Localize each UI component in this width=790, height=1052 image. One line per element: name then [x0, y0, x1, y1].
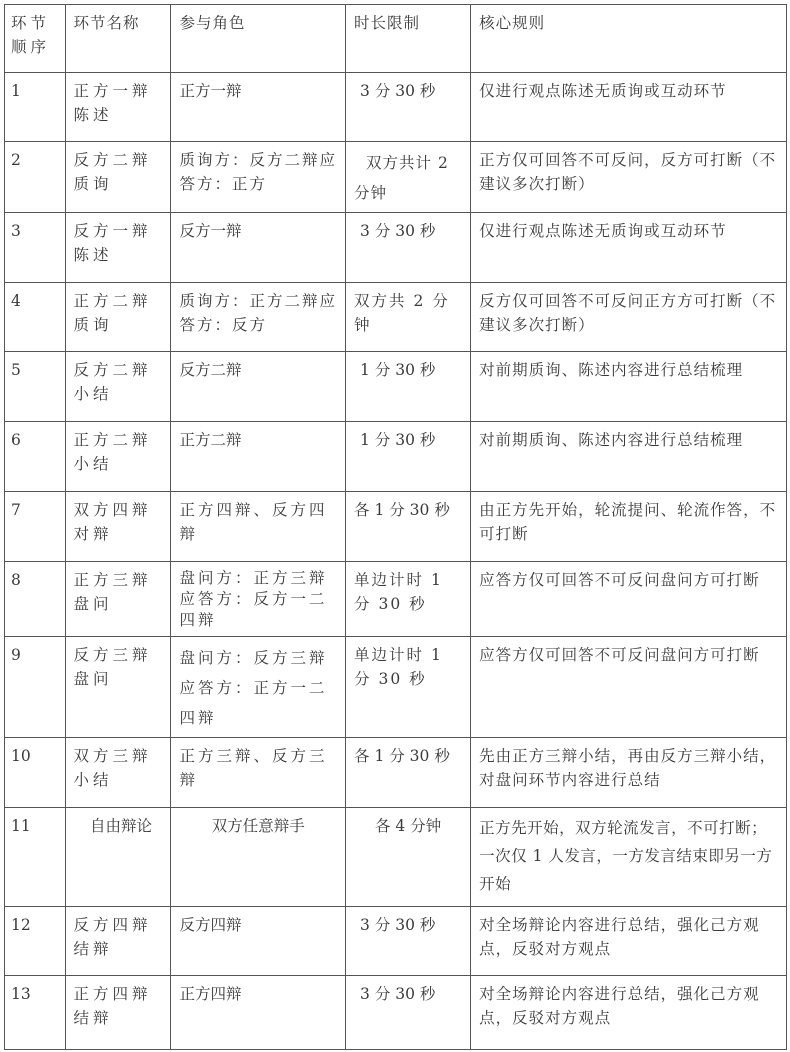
- cell-time: 1 分 30 秒: [346, 422, 471, 492]
- cell-time: 各 4 分钟: [346, 808, 471, 907]
- cell-role: 反方四辩: [171, 907, 346, 976]
- header-order: 环节顺序: [5, 5, 66, 73]
- cell-time: 3 分 30 秒: [346, 907, 471, 976]
- cell-name: 正方三辩盘问: [65, 562, 171, 637]
- cell-name: 自由辩论: [65, 808, 171, 907]
- cell-role: 双方任意辩手: [171, 808, 346, 907]
- cell-time: 3 分 30 秒: [346, 73, 471, 142]
- cell-role: 反方一辩: [171, 213, 346, 283]
- cell-order: 6: [5, 422, 66, 492]
- cell-time: 双方共 2 分钟: [346, 283, 471, 352]
- cell-name: 反方三辩盘问: [65, 637, 171, 738]
- table-row: 11 自由辩论 双方任意辩手 各 4 分钟 正方先开始，双方轮流发言，不可打断；…: [5, 808, 787, 907]
- cell-role: 正方二辩: [171, 422, 346, 492]
- cell-order: 3: [5, 213, 66, 283]
- header-time: 时长限制: [346, 5, 471, 73]
- cell-order: 13: [5, 976, 66, 1050]
- cell-name: 正方二辩小结: [65, 422, 171, 492]
- cell-role: 正方一辩: [171, 73, 346, 142]
- cell-rule: 对前期质询、陈述内容进行总结梳理: [471, 422, 787, 492]
- cell-rule: 应答方仅可回答不可反问盘问方可打断: [471, 562, 787, 637]
- table-row: 4 正方二辩质询 质询方：正方二辩应答方：反方 双方共 2 分钟 反方仅可回答不…: [5, 283, 787, 352]
- cell-order: 1: [5, 73, 66, 142]
- table-row: 1 正方一辩陈述 正方一辩 3 分 30 秒 仅进行观点陈述无质询或互动环节: [5, 73, 787, 142]
- cell-time: 1 分 30 秒: [346, 352, 471, 422]
- cell-order: 12: [5, 907, 66, 976]
- cell-rule: 反方仅可回答不可反问正方方可打断（不建议多次打断）: [471, 283, 787, 352]
- cell-time: 各 1 分 30 秒: [346, 492, 471, 562]
- cell-order: 2: [5, 142, 66, 213]
- cell-rule: 正方仅可回答不可反问，反方可打断（不建议多次打断）: [471, 142, 787, 213]
- debate-schedule-table: 环节顺序 环节名称 参与角色 时长限制 核心规则 1 正方一辩陈述 正方一辩 3…: [4, 4, 787, 1050]
- cell-name: 正方四辩结辩: [65, 976, 171, 1050]
- cell-time: 3 分 30 秒: [346, 213, 471, 283]
- cell-time: 单边计时 1 分 30 秒: [346, 562, 471, 637]
- table-row: 8 正方三辩盘问 盘问方：正方三辩应答方：反方一二四辩 单边计时 1 分 30 …: [5, 562, 787, 637]
- cell-name: 正方一辩陈述: [65, 73, 171, 142]
- table-header-row: 环节顺序 环节名称 参与角色 时长限制 核心规则: [5, 5, 787, 73]
- cell-time: 双方共计 2 分钟: [346, 142, 471, 213]
- cell-role: 质询方：正方二辩应答方：反方: [171, 283, 346, 352]
- cell-name: 双方三辩小结: [65, 738, 171, 808]
- cell-order: 9: [5, 637, 66, 738]
- cell-rule: 先由正方三辩小结，再由反方三辩小结，对盘问环节内容进行总结: [471, 738, 787, 808]
- cell-order: 8: [5, 562, 66, 637]
- table-row: 13 正方四辩结辩 正方四辩 3 分 30 秒 对全场辩论内容进行总结，强化己方…: [5, 976, 787, 1050]
- table-row: 2 反方二辩质询 质询方：反方二辩应答方：正方 双方共计 2 分钟 正方仅可回答…: [5, 142, 787, 213]
- cell-role: 反方二辩: [171, 352, 346, 422]
- cell-rule: 仅进行观点陈述无质询或互动环节: [471, 73, 787, 142]
- cell-role: 正方三辩、反方三辩: [171, 738, 346, 808]
- header-name: 环节名称: [65, 5, 171, 73]
- cell-time: 单边计时 1 分 30 秒: [346, 637, 471, 738]
- cell-rule: 对全场辩论内容进行总结，强化己方观点，反驳对方观点: [471, 976, 787, 1050]
- cell-time: 各 1 分 30 秒: [346, 738, 471, 808]
- cell-name: 双方四辩对辩: [65, 492, 171, 562]
- cell-rule: 仅进行观点陈述无质询或互动环节: [471, 213, 787, 283]
- cell-name: 反方二辩小结: [65, 352, 171, 422]
- table-row: 6 正方二辩小结 正方二辩 1 分 30 秒 对前期质询、陈述内容进行总结梳理: [5, 422, 787, 492]
- table-row: 3 反方一辩陈述 反方一辩 3 分 30 秒 仅进行观点陈述无质询或互动环节: [5, 213, 787, 283]
- table-row: 5 反方二辩小结 反方二辩 1 分 30 秒 对前期质询、陈述内容进行总结梳理: [5, 352, 787, 422]
- cell-time: 3 分 30 秒: [346, 976, 471, 1050]
- cell-role: 质询方：反方二辩应答方：正方: [171, 142, 346, 213]
- cell-order: 7: [5, 492, 66, 562]
- cell-role: 正方四辩: [171, 976, 346, 1050]
- header-rule: 核心规则: [471, 5, 787, 73]
- cell-rule: 应答方仅可回答不可反问盘问方可打断: [471, 637, 787, 738]
- cell-role: 盘问方：正方三辩应答方：反方一二四辩: [171, 562, 346, 637]
- debate-schedule-table-wrapper: 环节顺序 环节名称 参与角色 时长限制 核心规则 1 正方一辩陈述 正方一辩 3…: [4, 4, 787, 1050]
- table-row: 9 反方三辩盘问 盘问方：反方三辩应答方：正方一二四辩 单边计时 1 分 30 …: [5, 637, 787, 738]
- cell-order: 4: [5, 283, 66, 352]
- cell-order: 10: [5, 738, 66, 808]
- cell-name: 正方二辩质询: [65, 283, 171, 352]
- cell-name: 反方一辩陈述: [65, 213, 171, 283]
- table-row: 12 反方四辩结辩 反方四辩 3 分 30 秒 对全场辩论内容进行总结，强化己方…: [5, 907, 787, 976]
- cell-role: 盘问方：反方三辩应答方：正方一二四辩: [171, 637, 346, 738]
- cell-name: 反方四辩结辩: [65, 907, 171, 976]
- table-row: 10 双方三辩小结 正方三辩、反方三辩 各 1 分 30 秒 先由正方三辩小结，…: [5, 738, 787, 808]
- cell-order: 11: [5, 808, 66, 907]
- cell-name: 反方二辩质询: [65, 142, 171, 213]
- cell-rule: 对全场辩论内容进行总结，强化己方观点，反驳对方观点: [471, 907, 787, 976]
- header-role: 参与角色: [171, 5, 346, 73]
- cell-order: 5: [5, 352, 66, 422]
- cell-role: 正方四辩、反方四辩: [171, 492, 346, 562]
- table-row: 7 双方四辩对辩 正方四辩、反方四辩 各 1 分 30 秒 由正方先开始，轮流提…: [5, 492, 787, 562]
- cell-rule: 对前期质询、陈述内容进行总结梳理: [471, 352, 787, 422]
- cell-rule: 由正方先开始，轮流提问、轮流作答，不可打断: [471, 492, 787, 562]
- cell-rule: 正方先开始，双方轮流发言，不可打断；一次仅 1 人发言，一方发言结束即另一方开始: [471, 808, 787, 907]
